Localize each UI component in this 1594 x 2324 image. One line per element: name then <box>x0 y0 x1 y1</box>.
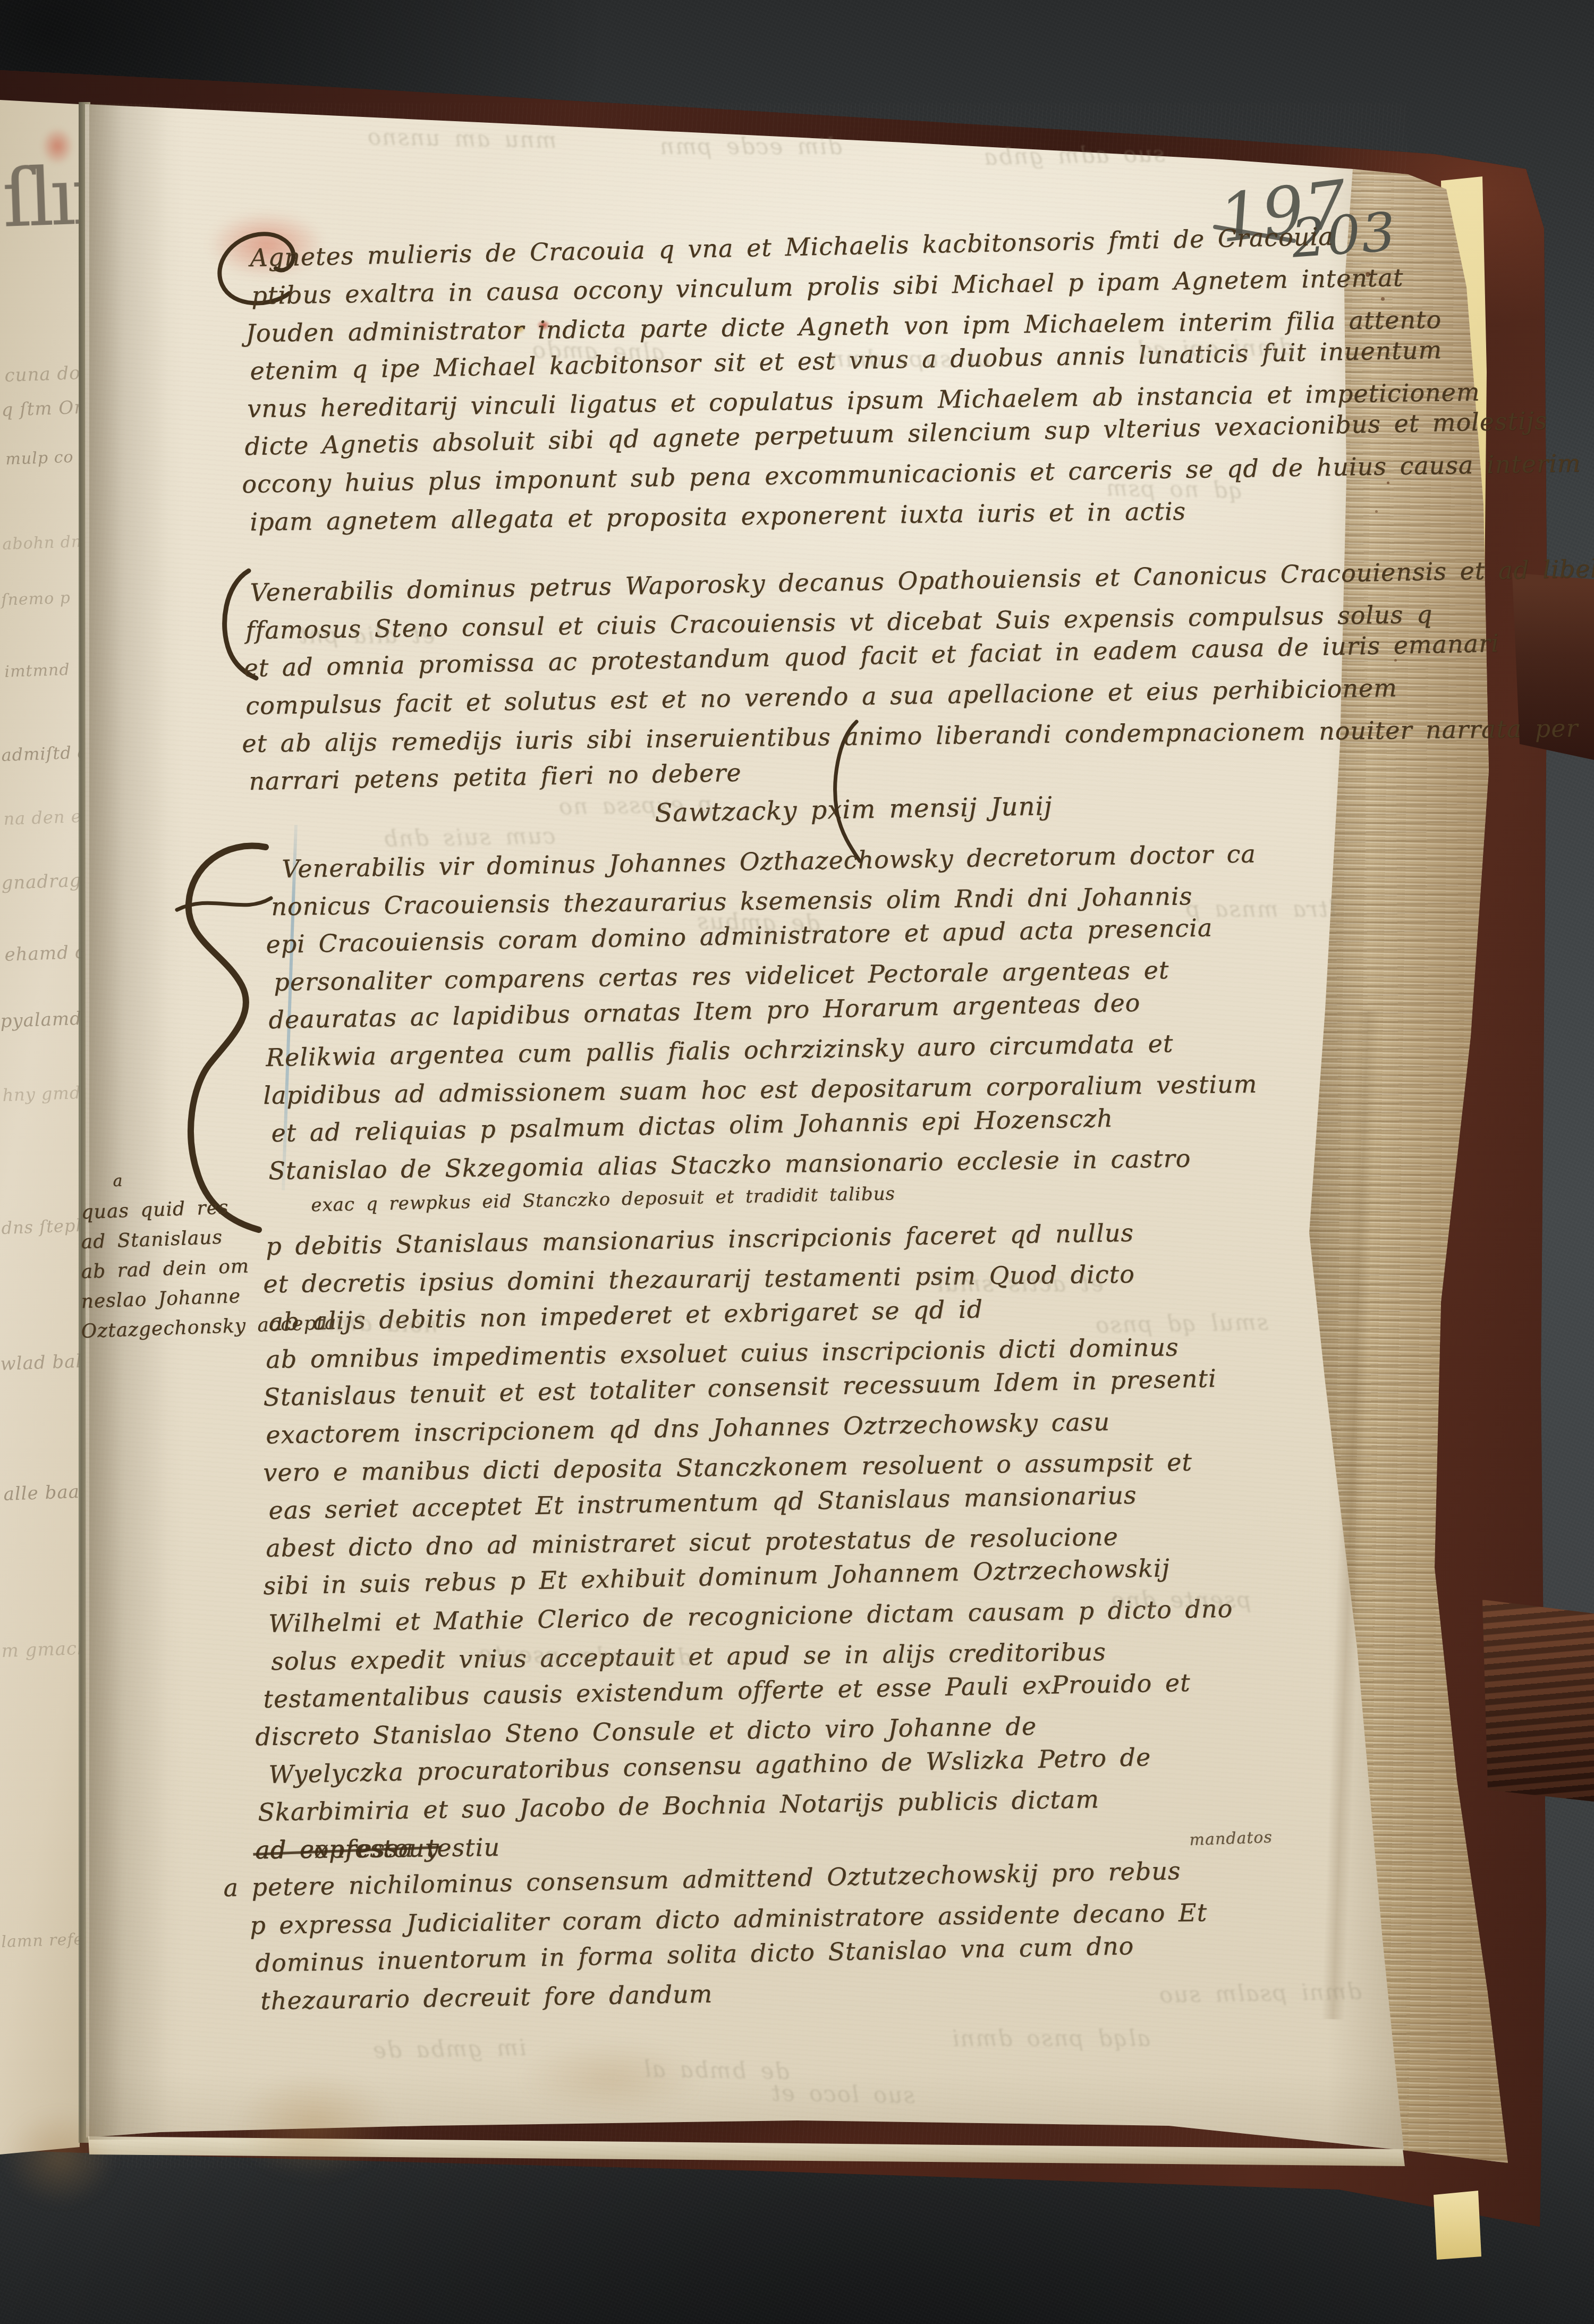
bleedthrough-fragment: alqd pnso dmni <box>951 2027 1150 2050</box>
manuscript-line-p3: sibi in suis rebus p Et exhibuit dominum… <box>263 1556 1170 1598</box>
bleedthrough-fragment: de bmba al <box>643 2058 790 2083</box>
manuscript-line-p2: Venerabilis dominus petrus Waporosky dec… <box>250 555 1594 605</box>
manuscript-line-p3: p debitis Stanislaus mansionarius inscri… <box>266 1220 1134 1258</box>
bleedthrough-fragment: et actis smul <box>935 1273 1104 1295</box>
bleedthrough-fragment: et alia pnt <box>298 624 435 647</box>
bleedthrough-fragment: dim ecde pmn <box>659 136 842 158</box>
manuscript-line-p3: ab omnibus impedimentis exsoluet cuius i… <box>266 1335 1179 1372</box>
margin-note-line: ad Stanislaus <box>81 1228 223 1252</box>
bleedthrough-fragment: de gmbus <box>696 910 820 935</box>
manuscript-photo: ſlııncuna douſanq ſtm Omſkumulp coabohn … <box>0 0 1594 2324</box>
bleedthrough-fragment: smul qd pnso <box>1095 1311 1269 1337</box>
manuscript-line-p2: et ab alijs remedijs iuris sibi inseruie… <box>242 716 1579 756</box>
manuscript-line-p3: ad confestouy ad expressa testiu <box>255 1835 500 1862</box>
manuscript-line-p3: exactorem inscripcionem qd dns Johannes … <box>266 1409 1110 1447</box>
handwriting-layer: Agnetes mulieris de Cracouia q vna et Mi… <box>0 0 1594 2324</box>
manuscript-line-p1: occony huius plus imponunt sub pena exco… <box>242 451 1594 496</box>
margin-note-line: neslao Johanne <box>81 1287 241 1312</box>
manuscript-line-p3: Skarbimiria et suo Jacobo de Bochnia Not… <box>258 1787 1099 1824</box>
manuscript-line-p3: Wyelyczka procuratoribus consensu agathi… <box>268 1745 1151 1787</box>
manuscript-line-p3: dominus inuentorum in forma solita dicto… <box>255 1933 1134 1975</box>
manuscript-line-p3: thezaurario decreuit fore dandum <box>260 1982 713 2013</box>
bleedthrough-fragment: im gmba de <box>372 2036 527 2061</box>
manuscript-line-p3: testamentalibus causis existendum offert… <box>263 1670 1191 1711</box>
bleedthrough-fragment: psente dno <box>1110 1589 1251 1611</box>
manuscript-line-p3: discreto Stanislao Steno Consule et dict… <box>255 1714 1037 1749</box>
manuscript-line-p3: eas seriet acceptet Et instrumentum qd S… <box>268 1483 1137 1523</box>
manuscript-line-p3: abest dicto dno ad ministraret sicut pro… <box>266 1524 1118 1560</box>
manuscript-line-p3: a petere nichilominus consensum admitten… <box>223 1858 1181 1900</box>
margin-note-line: ab rad dein om <box>81 1257 249 1282</box>
bleedthrough-fragment: alne gmdo <box>531 339 665 364</box>
manuscript-line-p3: et ad reliquias p psalmum dictas olim Jo… <box>271 1106 1113 1145</box>
bleedthrough-fragment: dmni psalm suo <box>1158 1981 1362 2007</box>
manuscript-line-p1: ipam agnetem allegata et proposita expon… <box>250 499 1186 534</box>
margin-note-line: quas quid res <box>81 1198 229 1222</box>
manuscript-line-p2: compulsus facit et solutus est et no ver… <box>245 675 1397 718</box>
manuscript-line-p1: ptibus exaltra in causa occony vinculum … <box>251 265 1404 308</box>
manuscript-line-p3: personaliter comparens certas res videli… <box>274 958 1169 994</box>
manuscript-line-p3: Relikwia argentea cum pallis fialis ochr… <box>266 1031 1174 1070</box>
bleedthrough-fragment: ltra mnsa p <box>1185 898 1336 920</box>
manuscript-line-p3: Wilhelmi et Mathie Clerico de recognicio… <box>268 1596 1233 1636</box>
manuscript-line-p3: vero e manibus dicti deposita Stanczkone… <box>263 1450 1192 1485</box>
manuscript-line-p3: Stanislao de Skzegomia alias Staczko man… <box>268 1146 1191 1183</box>
bleedthrough-fragment: p expssa no <box>558 793 713 818</box>
manuscript-line-p2: narrari petens petita fieri no debere <box>249 760 742 793</box>
manuscript-line-p3: deauratas ac lapidibus ornatas Item pro … <box>268 990 1141 1032</box>
bleedthrough-fragment: dmni epi qd <box>1137 336 1294 361</box>
bleedthrough-fragment: qd no psm <box>1105 477 1243 502</box>
margin-note-line: Oztazgechonsky accepta <box>81 1313 337 1341</box>
bleedthrough-fragment: ut supz dmn <box>829 348 990 370</box>
margin-note-line: a <box>113 1173 123 1189</box>
bleedthrough-fragment: cum suis dnb <box>383 825 556 850</box>
manuscript-line-p3: Stanislaus tenuit et est totaliter conse… <box>263 1366 1217 1409</box>
manuscript-line-p3: lapidibus ad admissionem suam hoc est de… <box>263 1071 1258 1108</box>
bleedthrough-fragment: nola dmn <box>319 1312 438 1336</box>
bleedthrough-fragment: mnu am unsno <box>367 126 557 151</box>
manuscript-line-p3: p expressa Judicialiter coram dicto admi… <box>250 1900 1207 1938</box>
bleedthrough-fragment: suo loco et <box>770 2082 915 2107</box>
struck-word: ad confestouy <box>255 1836 439 1862</box>
bleedthrough-fragment: suo adm gnba <box>983 143 1165 168</box>
manuscript-line-p3: exac q rewpkus eid Stanczko deposuit et … <box>311 1185 895 1214</box>
bleedthrough-fragment: dmn adm psente <box>478 1643 692 1669</box>
manuscript-line-p1: Agnetes mulieris de Cracouia q vna et Mi… <box>250 224 1334 270</box>
